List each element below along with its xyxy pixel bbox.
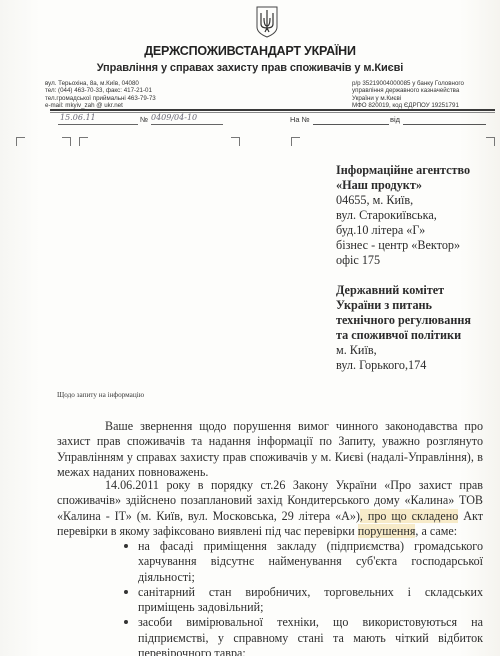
letter-subject: Щодо запиту на інформацію bbox=[57, 391, 144, 399]
addressee-block: Інформаційне агентство «Наш продукт» 046… bbox=[336, 163, 470, 268]
address-line: вул. Терьохіна, 8а, м.Київ, 04080 bbox=[45, 80, 156, 87]
bullet-icon bbox=[124, 590, 128, 594]
bank-name-line: управління державного казначейства bbox=[352, 87, 464, 94]
addressee-block: Державний комітет України з питань техні… bbox=[336, 283, 471, 373]
reply-from-date-field bbox=[403, 114, 486, 125]
reception-phone-line: тел.громадської приймальні 463-79-73 bbox=[45, 95, 156, 102]
corner-mark bbox=[62, 137, 71, 146]
list-item-text: санітарний стан виробничих, торговельних… bbox=[138, 585, 483, 614]
list-item: на фасаді приміщення закладу (підприємст… bbox=[124, 539, 483, 585]
organization-subtitle: Управління у справах захисту прав спожив… bbox=[0, 62, 500, 74]
reply-to-number-field bbox=[313, 114, 389, 125]
corner-mark bbox=[291, 137, 300, 146]
letterhead-divider bbox=[50, 109, 495, 111]
addressee-address-line: вул. Старокиївська, bbox=[336, 208, 470, 223]
paragraph-text-segment: , а саме: bbox=[415, 524, 457, 538]
corner-mark bbox=[16, 137, 25, 146]
corner-mark bbox=[231, 137, 240, 146]
phone-fax-line: тел: (044) 463-70-33, факс: 417-21-01 bbox=[45, 87, 156, 94]
violations-list: на фасаді приміщення закладу (підприємст… bbox=[124, 539, 483, 656]
addressee-address-line: офіс 175 bbox=[336, 253, 470, 268]
addressee-address-line: 04655, м. Київ, bbox=[336, 193, 470, 208]
highlighted-text: порушення bbox=[358, 524, 416, 538]
bullet-icon bbox=[124, 544, 128, 548]
organization-title: ДЕРЖСПОЖИВСТАНДАРТ УКРАЇНИ bbox=[0, 44, 500, 58]
addressee-address-line: вул. Горького,174 bbox=[336, 358, 471, 373]
addressee-address-line: м. Київ, bbox=[336, 343, 471, 358]
list-item: засоби вимірювальної техніки, що викорис… bbox=[124, 615, 483, 656]
trident-coat-of-arms-icon bbox=[255, 6, 279, 38]
outgoing-number-label: № bbox=[140, 115, 148, 124]
outgoing-number: 0409/04-10 bbox=[151, 113, 223, 125]
addressee-name: України з питань bbox=[336, 298, 471, 313]
reply-to-label: На № bbox=[290, 115, 310, 124]
addressee-name: Державний комітет bbox=[336, 283, 471, 298]
document-page: ДЕРЖСПОЖИВСТАНДАРТ УКРАЇНИ Управління у … bbox=[0, 0, 500, 656]
addressee-address-line: бізнес - центр «Вектор» bbox=[336, 238, 470, 253]
paragraph-text: 14.06.2011 року в порядку ст.26 Закону У… bbox=[57, 478, 483, 539]
reply-from-label: від bbox=[390, 115, 400, 124]
addressee-name: та споживчої політики bbox=[336, 328, 471, 343]
paragraph-text: Ваше звернення щодо порушення вимог чинн… bbox=[57, 419, 483, 480]
body-paragraph: 14.06.2011 року в порядку ст.26 Закону У… bbox=[57, 478, 483, 539]
bullet-icon bbox=[124, 620, 128, 624]
contacts-address-block: вул. Терьохіна, 8а, м.Київ, 04080 тел: (… bbox=[45, 80, 156, 109]
outgoing-date: 15.06.11 bbox=[58, 113, 138, 125]
corner-mark bbox=[79, 137, 88, 146]
addressee-name: технічного регулювання bbox=[336, 313, 471, 328]
list-item-text: на фасаді приміщення закладу (підприємст… bbox=[138, 539, 483, 584]
corner-mark bbox=[486, 137, 495, 146]
bank-details-block: р/р 35219004000085 у банку Головного упр… bbox=[352, 80, 464, 109]
body-paragraph: Ваше звернення щодо порушення вимог чинн… bbox=[57, 419, 483, 480]
addressee-name: «Наш продукт» bbox=[336, 178, 470, 193]
highlighted-text: , про що складено bbox=[360, 509, 458, 523]
list-item: санітарний стан виробничих, торговельних… bbox=[124, 585, 483, 616]
bank-account-line: р/р 35219004000085 у банку Головного bbox=[352, 80, 464, 87]
list-item-text: засоби вимірювальної техніки, що викорис… bbox=[138, 615, 483, 656]
bank-city-line: України у м.Києві bbox=[352, 95, 464, 102]
addressee-name: Інформаційне агентство bbox=[336, 163, 470, 178]
addressee-address-line: буд.10 літера «Г» bbox=[336, 223, 470, 238]
